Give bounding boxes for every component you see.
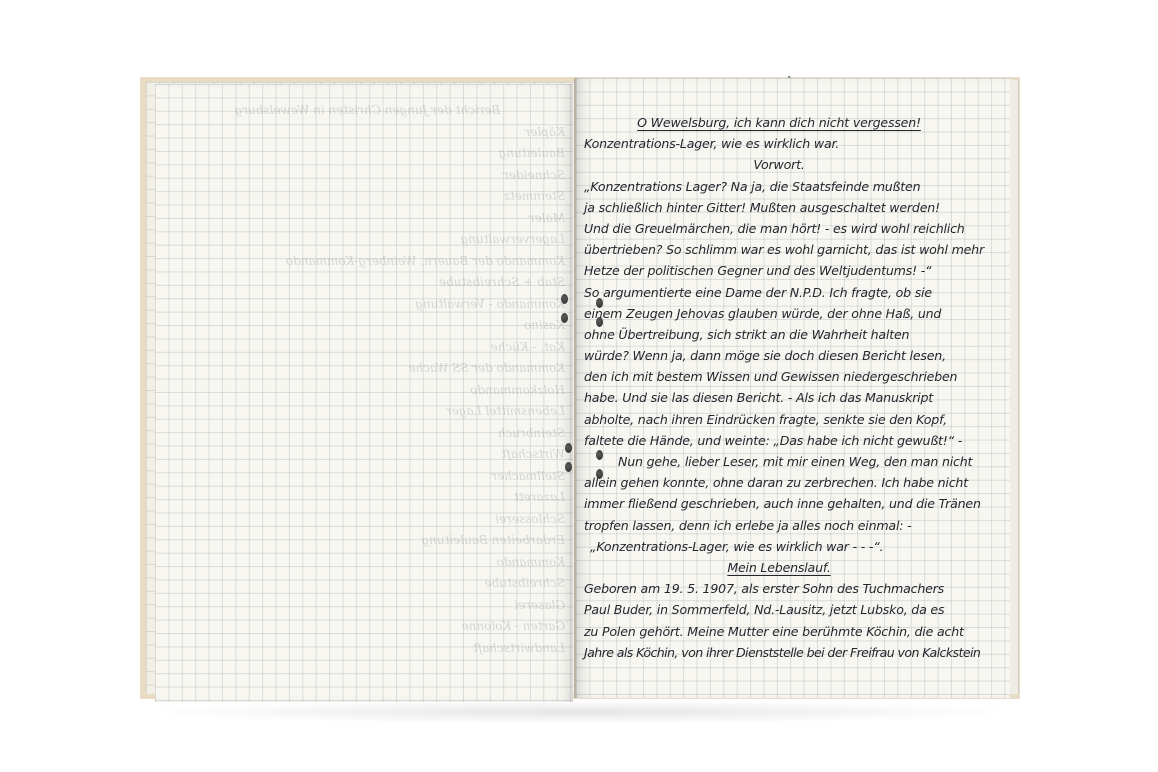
text-line: übertrieben? So schlimm war es wohl garn… xyxy=(584,239,1014,260)
bleed-line: Steinbruch xyxy=(170,423,565,445)
text-line: zu Polen gehört. Meine Mutter eine berüh… xyxy=(584,621,1014,642)
bleed-line: Kommando der SS Wache xyxy=(170,358,565,380)
bleed-line: Schlosserei xyxy=(170,509,565,531)
text-line: Und die Greuelmärchen, die man hört! - e… xyxy=(584,218,1014,239)
text-line: ja schließlich hinter Gitter! Mußten aus… xyxy=(584,197,1014,218)
bleed-line: Kommando der Bauern, Weinberg-Kommando xyxy=(170,251,565,273)
bleed-line: Stab + Schreibstube xyxy=(170,272,565,294)
text-line: immer fließend geschrieben, auch inne ge… xyxy=(584,493,1014,514)
text-line: faltete die Hände, und weinte: „Das habe… xyxy=(584,430,1014,451)
bleed-line: Schreibstube xyxy=(170,573,565,595)
left-page-bleed-through: Bericht der Jungen Christen in Wewelsbur… xyxy=(170,100,565,659)
text-line: „Konzentrations-Lager, wie es wirklich w… xyxy=(584,536,1014,557)
bleed-line: Stellmacher xyxy=(170,466,565,488)
text-line: Hetze der politischen Gegner und des Wel… xyxy=(584,260,1014,281)
bleed-line: Glaserei xyxy=(170,595,565,617)
bleed-line: Maler xyxy=(170,208,565,230)
text-line: würde? Wenn ja, dann möge sie doch diese… xyxy=(584,345,1014,366)
text-line: abholte, nach ihren Eindrücken fragte, s… xyxy=(584,409,1014,430)
text-line: Jahre als Köchin, von ihrer Dienststelle… xyxy=(584,642,1014,663)
bleed-line: Steinmetz xyxy=(170,186,565,208)
page-mark: ˄ xyxy=(787,76,792,86)
bleed-line: Lagerverwaltung xyxy=(170,229,565,251)
bleed-line: Erdarbeiten Bauleitung xyxy=(170,530,565,552)
bleed-line: Käpler xyxy=(170,122,565,144)
binder-hole xyxy=(565,462,572,472)
section-heading-lebenslauf: Mein Lebenslauf. xyxy=(584,557,1014,578)
section-heading-vorwort: Vorwort. xyxy=(584,154,1014,175)
text-line: tropfen lassen, denn ich erlebe ja alles… xyxy=(584,515,1014,536)
document-subtitle: Konzentrations-Lager, wie es wirklich wa… xyxy=(584,133,1014,154)
text-line: „Konzentrations Lager? Na ja, die Staats… xyxy=(584,176,1014,197)
bleed-line: Holzkommando xyxy=(170,380,565,402)
bleed-line: Wirtschaft xyxy=(170,444,565,466)
bleed-line: Landwirtschaft xyxy=(170,638,565,660)
bleed-line: Kat. - Küche xyxy=(170,337,565,359)
bleed-line: Kasino xyxy=(170,315,565,337)
text-line: den ich mit bestem Wissen und Gewissen n… xyxy=(584,366,1014,387)
binder-hole xyxy=(561,294,568,304)
bleed-line: Bericht der Jungen Christen in Wewelsbur… xyxy=(170,100,565,122)
bleed-line: Garten - Kolonne xyxy=(170,616,565,638)
bleed-line: Lazarett xyxy=(170,487,565,509)
right-page-text: O Wewelsburg, ich kann dich nicht verges… xyxy=(584,112,1014,663)
text-line: Paul Buder, in Sommerfeld, Nd.-Lausitz, … xyxy=(584,599,1014,620)
bleed-line: Bauleitung xyxy=(170,143,565,165)
text-line: Geboren am 19. 5. 1907, als erster Sohn … xyxy=(584,578,1014,599)
document-title: O Wewelsburg, ich kann dich nicht verges… xyxy=(584,112,1014,133)
text-line: einem Zeugen Jehovas glauben würde, der … xyxy=(584,303,1014,324)
text-line: So argumentierte eine Dame der N.P.D. Ic… xyxy=(584,282,1014,303)
bleed-line: Schneider xyxy=(170,165,565,187)
bleed-line: Lebensmittel Lager xyxy=(170,401,565,423)
text-line: Nun gehe, lieber Leser, mit mir einen We… xyxy=(584,451,1014,472)
bleed-line: Kommando xyxy=(170,552,565,574)
text-line: allein gehen konnte, ohne daran zu zerbr… xyxy=(584,472,1014,493)
binder-hole xyxy=(565,443,572,453)
text-line: ohne Übertreibung, sich strikt an die Wa… xyxy=(584,324,1014,345)
book-shadow xyxy=(140,700,1020,724)
binder-hole xyxy=(561,313,568,323)
bleed-line: Kommando - Verwaltung xyxy=(170,294,565,316)
text-line: habe. Und sie las diesen Bericht. - Als … xyxy=(584,387,1014,408)
